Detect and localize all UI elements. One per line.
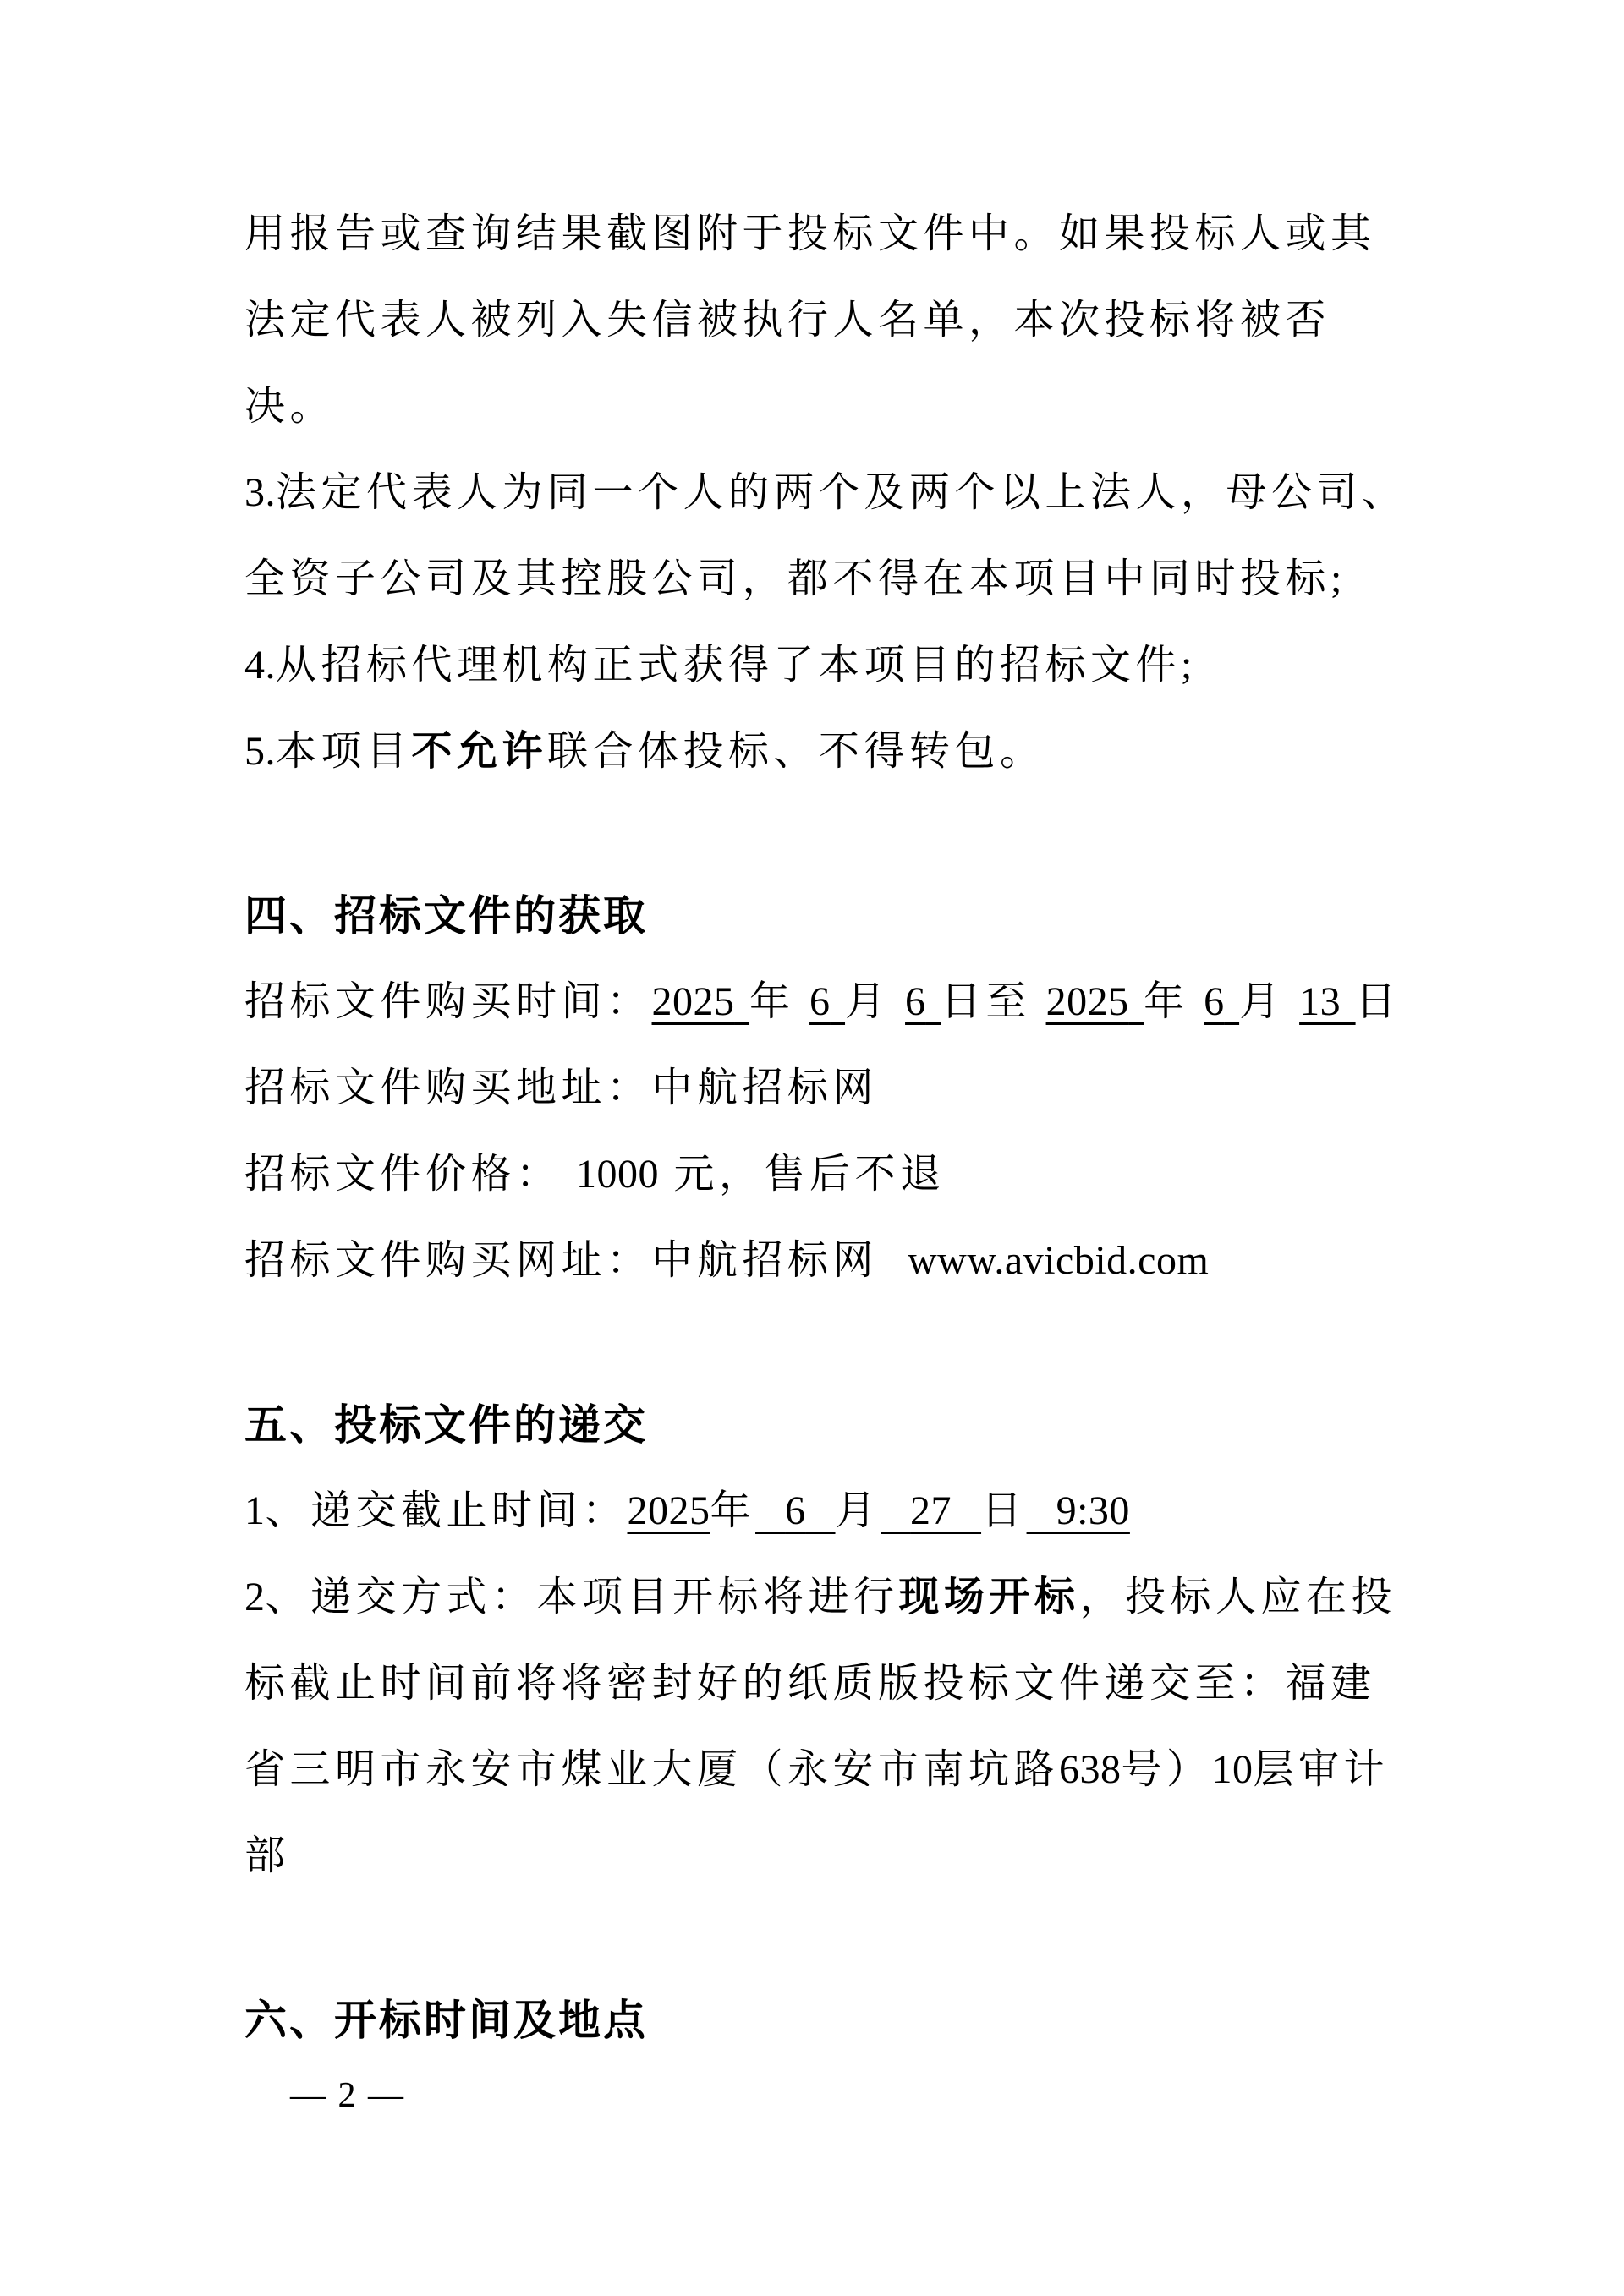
text-segment: 4.从招标代理机构正式获得了本项目的招标文件; — [244, 643, 1193, 688]
latin-text: 6 — [809, 979, 831, 1024]
text-segment: 年 — [1144, 979, 1204, 1024]
text-segment: 招标文件价格： 1000 元，售后不退 — [244, 1152, 946, 1197]
latin-text: 4. — [244, 643, 276, 688]
text-segment: 6 — [755, 1488, 836, 1533]
text-segment: 月 — [1239, 979, 1299, 1024]
text-line: 决。 — [244, 364, 1395, 450]
text-segment: 2025 — [628, 1488, 710, 1533]
text-line: 招标文件价格： 1000 元，售后不退 — [244, 1132, 1395, 1218]
text-segment: 用报告或查询结果截图附于投标文件中。如果投标人或其 — [244, 211, 1376, 256]
section: 五、投标文件的递交1、递交截止时间：2025年 6 月 27 日 9:302、递… — [244, 1382, 1395, 1899]
text-segment: 年 — [710, 1488, 756, 1533]
text-segment: 省三明市永安市煤业大厦（永安市南坑路638号）10层审计 — [244, 1747, 1389, 1792]
text-segment: 27 — [881, 1488, 981, 1533]
latin-text: ; — [1330, 556, 1342, 601]
text-segment: 日至 — [941, 979, 1046, 1024]
text-line: 2、递交方式：本项目开标将进行现场开标，投标人应在投 — [244, 1554, 1395, 1641]
text-segment: 法定代表人被列入失信被执行人名单，本次投标将被否 — [244, 298, 1330, 342]
text-line: 3.法定代表人为同一个人的两个及两个以上法人，母公司、 — [244, 450, 1395, 536]
latin-text: 1000 — [576, 1152, 659, 1197]
section: 四、招标文件的获取招标文件购买时间：2025 年 6 月 6 日至 2025 年… — [244, 873, 1395, 1304]
text-line: 招标文件购买地址：中航招标网 — [244, 1045, 1395, 1132]
text-segment: 年 — [749, 979, 809, 1024]
text-segment: 5.本项目 — [244, 729, 412, 774]
text-segment: 招标文件购买时间： — [244, 979, 652, 1024]
latin-text: 10 — [1212, 1747, 1254, 1792]
latin-text: ; — [1181, 643, 1193, 688]
text-segment: 标截止时间前将将密封好的纸质版投标文件递交至：福建 — [244, 1661, 1376, 1706]
text-line: 招标文件购买时间：2025 年 6 月 6 日至 2025 年 6 月 13 日 — [244, 959, 1395, 1045]
text-line: 用报告或查询结果截图附于投标文件中。如果投标人或其 — [244, 191, 1395, 277]
section: 六、开标时间及地点 — [244, 1977, 1395, 2063]
text-segment: 日 — [981, 1488, 1027, 1533]
text-segment: 9:30 — [1027, 1488, 1130, 1533]
text-segment: 月 — [845, 979, 905, 1024]
text-line: 标截止时间前将将密封好的纸质版投标文件递交至：福建 — [244, 1641, 1395, 1727]
latin-text: 638 — [1059, 1747, 1122, 1792]
latin-text: 9:30 — [1056, 1488, 1130, 1533]
text-segment: 决。 — [244, 384, 335, 429]
text-segment: 招标文件购买地址：中航招标网 — [244, 1066, 878, 1110]
section-heading: 五、投标文件的递交 — [244, 1382, 1395, 1468]
text-segment: 2025 — [652, 979, 750, 1024]
text-segment: 2025 — [1046, 979, 1144, 1024]
text-line: 全资子公司及其控股公司，都不得在本项目中同时投标; — [244, 536, 1395, 622]
text-segment: 6 — [809, 979, 845, 1024]
text-segment: 不允许 — [412, 729, 548, 774]
latin-text: 3. — [244, 470, 276, 515]
text-segment: 3.法定代表人为同一个人的两个及两个以上法人，母公司、 — [244, 470, 1407, 515]
page-number: — 2 — — [290, 2070, 1395, 2121]
text-line: 省三明市永安市煤业大厦（永安市南坑路638号）10层审计 — [244, 1727, 1395, 1813]
text-segment: 2、递交方式：本项目开标将进行 — [244, 1575, 899, 1619]
latin-text: 5. — [244, 729, 276, 774]
latin-text: 6 — [1204, 979, 1225, 1024]
text-segment: 1、递交截止时间： — [244, 1488, 628, 1533]
latin-text: 27 — [910, 1488, 952, 1533]
text-segment: 日 — [1356, 979, 1402, 1024]
section-heading: 六、开标时间及地点 — [244, 1977, 1395, 2063]
text-line: 部 — [244, 1813, 1395, 1899]
latin-text: 2 — [244, 1575, 266, 1619]
text-segment: 现场开标 — [899, 1575, 1080, 1619]
text-line: 招标文件购买网址：中航招标网 www.avicbid.com — [244, 1218, 1395, 1304]
text-line: 法定代表人被列入失信被执行人名单，本次投标将被否 — [244, 277, 1395, 364]
document-body: 用报告或查询结果截图附于投标文件中。如果投标人或其法定代表人被列入失信被执行人名… — [244, 191, 1395, 2121]
text-segment: 6 — [1204, 979, 1239, 1024]
text-line: 4.从招标代理机构正式获得了本项目的招标文件; — [244, 622, 1395, 709]
text-segment: 6 — [905, 979, 941, 1024]
latin-text: 6 — [905, 979, 926, 1024]
section-heading: 四、招标文件的获取 — [244, 873, 1395, 959]
text-segment: 全资子公司及其控股公司，都不得在本项目中同时投标; — [244, 556, 1342, 601]
latin-text: 2025 — [1046, 979, 1129, 1024]
document-page: 用报告或查询结果截图附于投标文件中。如果投标人或其法定代表人被列入失信被执行人名… — [0, 0, 1624, 2296]
text-segment: ，投标人应在投 — [1080, 1575, 1397, 1619]
text-line: 1、递交截止时间：2025年 6 月 27 日 9:30 — [244, 1468, 1395, 1554]
latin-text: 2025 — [652, 979, 735, 1024]
text-line: 5.本项目不允许联合体投标、不得转包。 — [244, 709, 1395, 795]
text-segment: 月 — [836, 1488, 881, 1533]
latin-text: 2025 — [628, 1488, 710, 1533]
text-segment: 13 — [1299, 979, 1356, 1024]
text-segment: 部 — [244, 1833, 290, 1878]
latin-text: 6 — [785, 1488, 806, 1533]
latin-text: 1 — [244, 1488, 266, 1533]
latin-text: 13 — [1299, 979, 1341, 1024]
text-segment: 联合体投标、不得转包。 — [547, 729, 1045, 774]
text-segment: 招标文件购买网址：中航招标网 www.avicbid.com — [244, 1238, 1209, 1283]
latin-text: www.avicbid.com — [908, 1238, 1209, 1283]
section: 用报告或查询结果截图附于投标文件中。如果投标人或其法定代表人被列入失信被执行人名… — [244, 191, 1395, 795]
